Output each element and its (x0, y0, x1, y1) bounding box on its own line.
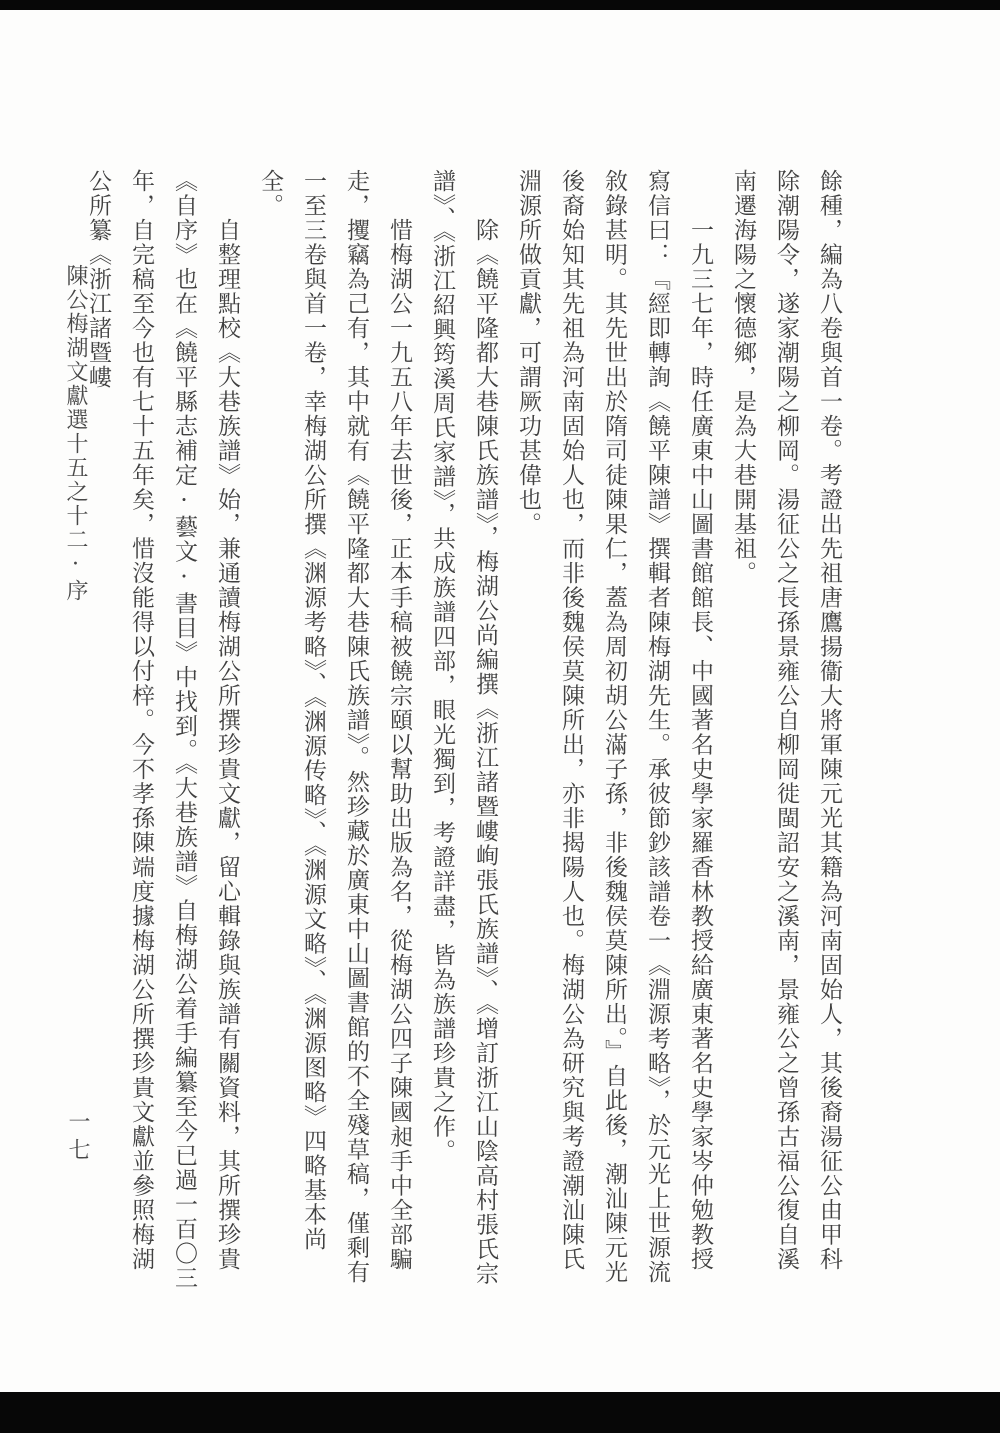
paragraph: 除《饒平隆都大巷陳氏族譜》，梅湖公尚編撰《浙江諸暨嶁峋張氏族譜》、《增訂浙江山陰… (420, 169, 506, 1295)
page-number-label: 一七 (64, 1110, 90, 1166)
scan-border-bottom (0, 1392, 1000, 1433)
margin-book-title: 陳公梅湖文獻選十五之十二·序 (62, 264, 88, 603)
paragraph: 惜梅湖公一九五八年去世後，正本手稿被饒宗頤以幫助出版為名，從梅湖公四子陳國昶手中… (248, 169, 420, 1295)
paragraph: 一九三七年，時任廣東中山圖書館館長、中國著名史學家羅香林教授給廣東著名史學家岑仲… (506, 169, 721, 1295)
scanned-document-page: 餘種，編為八卷與首一卷。考證出先祖唐鷹揚衞大將軍陳元光其籍為河南固始人，其後裔湯… (0, 0, 1000, 1433)
main-text-block: 餘種，編為八卷與首一卷。考證出先祖唐鷹揚衞大將軍陳元光其籍為河南固始人，其後裔湯… (76, 169, 850, 1295)
paragraph: 自整理點校《大巷族譜》始，兼通讀梅湖公所撰珍貴文獻，留心輯錄與族譜有關資料，其所… (76, 169, 248, 1295)
scan-border-top (0, 0, 1000, 10)
paragraph: 餘種，編為八卷與首一卷。考證出先祖唐鷹揚衞大將軍陳元光其籍為河南固始人，其後裔湯… (721, 169, 850, 1295)
